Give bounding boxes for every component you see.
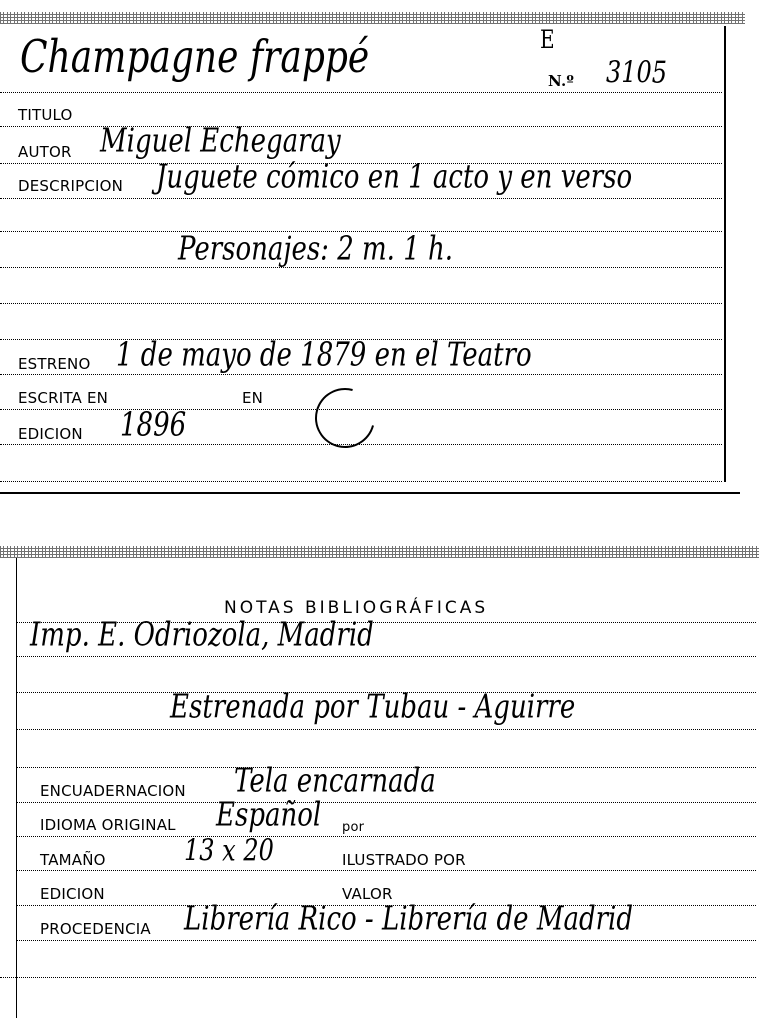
edicion-value: 1896 <box>120 407 186 445</box>
titulo-label: TITULO <box>18 106 73 124</box>
rule-tamano <box>16 870 756 871</box>
rule-title <box>0 92 722 93</box>
descripcion-value: Juguete cómico en 1 acto y en verso <box>156 159 632 197</box>
autor-label: AUTOR <box>18 143 72 161</box>
procedencia-label: PROCEDENCIA <box>40 920 151 938</box>
catalog-card-bottom: NOTAS BIBLIOGRÁFICAS Imp. E. Odriozola, … <box>0 540 759 1028</box>
tamano-value: 13 x 20 <box>184 833 274 868</box>
rule-note-3 <box>16 729 756 730</box>
rule-estreno <box>0 374 722 375</box>
note-1: Imp. E. Odriozola, Madrid <box>30 617 374 655</box>
title-value: Champagne frappé <box>20 32 369 83</box>
estreno-label: ESTRENO <box>18 355 91 373</box>
rule-note-1 <box>16 656 756 657</box>
card-edge-texture <box>0 12 745 24</box>
rule-encuadernacion <box>16 802 756 803</box>
catalog-card-top: Champagne frappé E N.º 3105 TITULO AUTOR… <box>0 0 759 500</box>
encuadernacion-label: ENCUADERNACION <box>40 782 186 800</box>
number-value: 3105 <box>606 55 667 90</box>
card-separator <box>0 492 740 494</box>
encuadernacion-value: Tela encarnada <box>234 763 436 801</box>
por-label: por <box>342 820 364 835</box>
idioma-value: Español <box>216 797 321 835</box>
corner-mark: E <box>540 24 555 54</box>
personajes-value: Personajes: 2 m. 1 h. <box>178 231 453 269</box>
tamano-label: TAMAÑO <box>40 851 106 869</box>
section-heading: NOTAS BIBLIOGRÁFICAS <box>224 598 488 618</box>
escrita-en-label: ESCRITA EN <box>18 389 108 407</box>
idioma-label: IDIOMA ORIGINAL <box>40 816 176 834</box>
rule-idioma <box>16 836 756 837</box>
edicion-label-2: EDICION <box>40 885 105 903</box>
card-right-border <box>724 26 726 482</box>
procedencia-value: Librería Rico - Librería de Madrid <box>184 901 633 939</box>
note-2: Estrenada por Tubau - Aguirre <box>170 689 575 727</box>
rule-desc-4 <box>0 303 722 304</box>
ilustrado-label: ILUSTRADO POR <box>342 851 466 869</box>
descripcion-label: DESCRIPCION <box>18 177 123 195</box>
rule-desc-3 <box>0 267 722 268</box>
rule-procedencia <box>16 940 756 941</box>
punch-hole-mark <box>304 377 386 459</box>
edicion-label: EDICION <box>18 425 83 443</box>
autor-value: Miguel Echegaray <box>100 123 341 161</box>
number-label: N.º <box>548 72 574 90</box>
rule-bottom <box>0 977 756 978</box>
rule-descripcion <box>0 198 722 199</box>
rule-bottom-top <box>0 481 722 482</box>
card-edge-texture <box>0 546 759 558</box>
rule-edicion <box>0 444 722 445</box>
card-left-border <box>16 558 17 1018</box>
estreno-value: 1 de mayo de 1879 en el Teatro <box>116 337 532 375</box>
en-label: EN <box>242 389 263 407</box>
